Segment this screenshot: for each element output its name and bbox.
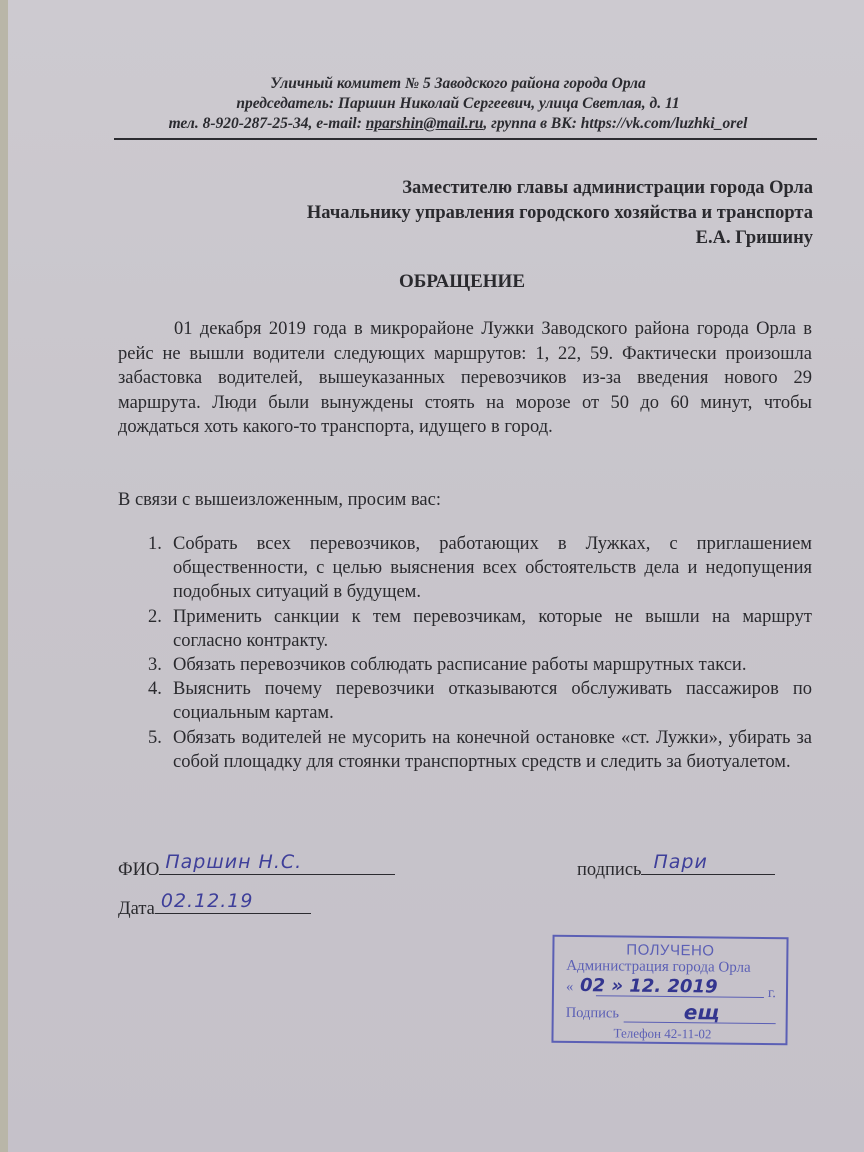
signature-line: Пари <box>641 854 775 875</box>
letterhead: Уличный комитет № 5 Заводского района го… <box>100 74 816 134</box>
request-text: Применить санкции к тем перевозчикам, ко… <box>173 607 812 651</box>
request-item: 4.Выяснить почему перевозчики отказывают… <box>140 677 812 725</box>
fio-label: ФИО <box>118 860 159 880</box>
received-stamp: ПОЛУЧЕНО Администрация города Орла « 02 … <box>551 935 788 1045</box>
request-number: 4. <box>148 677 162 701</box>
request-text: Собрать всех перевозчиков, работающих в … <box>173 534 812 602</box>
stamp-signature: Подпись ещ <box>566 1005 619 1023</box>
stamp-organization: Администрация города Орла <box>566 958 751 977</box>
letterhead-divider <box>114 138 817 140</box>
email-link[interactable]: nparshin@mail.ru <box>366 115 484 132</box>
body-paragraph: 01 декабря 2019 года в микрорайоне Лужки… <box>118 317 812 440</box>
letterhead-chairman: председатель: Паршин Николай Сергеевич, … <box>100 94 816 114</box>
letterhead-vk: , группа в ВК: https://vk.com/luzhki_ore… <box>483 115 747 132</box>
addressee-name: Е.А. Гришину <box>200 226 813 251</box>
stamp-year-suffix: г. <box>768 985 776 1002</box>
fio-field: ФИОПаршин Н.С. <box>118 854 395 881</box>
letterhead-contacts: тел. 8-920-287-25-34, e-mail: nparshin@m… <box>100 114 816 134</box>
date-field: Дата02.12.19 <box>118 893 311 920</box>
request-number: 3. <box>148 653 162 677</box>
stamp-date-handwritten: 02 » 12. 2019 <box>580 975 718 997</box>
request-item: 3.Обязать перевозчиков соблюдать расписа… <box>140 653 812 677</box>
request-item: 2.Применить санкции к тем перевозчикам, … <box>140 605 812 653</box>
paper-edge <box>0 0 8 1152</box>
stamp-signature-handwritten: ещ <box>684 1000 720 1024</box>
request-intro: В связи с вышеизложенным, просим вас: <box>118 488 812 512</box>
request-text: Выяснить почему перевозчики отказываются… <box>173 679 812 723</box>
request-text: Обязать перевозчиков соблюдать расписани… <box>173 655 746 675</box>
request-item: 1.Собрать всех перевозчиков, работающих … <box>140 532 812 605</box>
date-handwritten: 02.12.19 <box>161 890 254 912</box>
fio-line: Паршин Н.С. <box>159 854 395 875</box>
addressee-block: Заместителю главы администрации города О… <box>200 176 813 251</box>
date-line: 02.12.19 <box>155 893 311 914</box>
letterhead-phone: тел. 8-920-287-25-34, e-mail: <box>169 115 366 132</box>
stamp-date: « 02 » 12. 2019 г. <box>566 979 776 998</box>
signature-field: подписьПари <box>577 854 775 881</box>
request-list: 1.Собрать всех перевозчиков, работающих … <box>140 532 812 774</box>
request-number: 5. <box>148 726 162 750</box>
date-label: Дата <box>118 899 155 919</box>
addressee-line-2: Начальнику управления городского хозяйст… <box>200 201 813 226</box>
request-number: 2. <box>148 605 162 629</box>
signature-label: подпись <box>577 860 641 880</box>
request-text: Обязать водителей не мусорить на конечно… <box>173 728 812 772</box>
addressee-line-1: Заместителю главы администрации города О… <box>200 176 813 201</box>
stamp-quote: « <box>566 979 573 995</box>
stamp-phone: Телефон 42-11-02 <box>613 1025 711 1042</box>
request-number: 1. <box>148 532 162 556</box>
document-title: ОБРАЩЕНИЕ <box>0 271 864 293</box>
fio-handwritten: Паршин Н.С. <box>165 851 302 873</box>
stamp-signature-label: Подпись <box>566 1005 619 1022</box>
letterhead-org: Уличный комитет № 5 Заводского района го… <box>100 74 816 94</box>
request-item: 5.Обязать водителей не мусорить на конеч… <box>140 726 812 774</box>
signature-handwritten: Пари <box>653 851 707 873</box>
